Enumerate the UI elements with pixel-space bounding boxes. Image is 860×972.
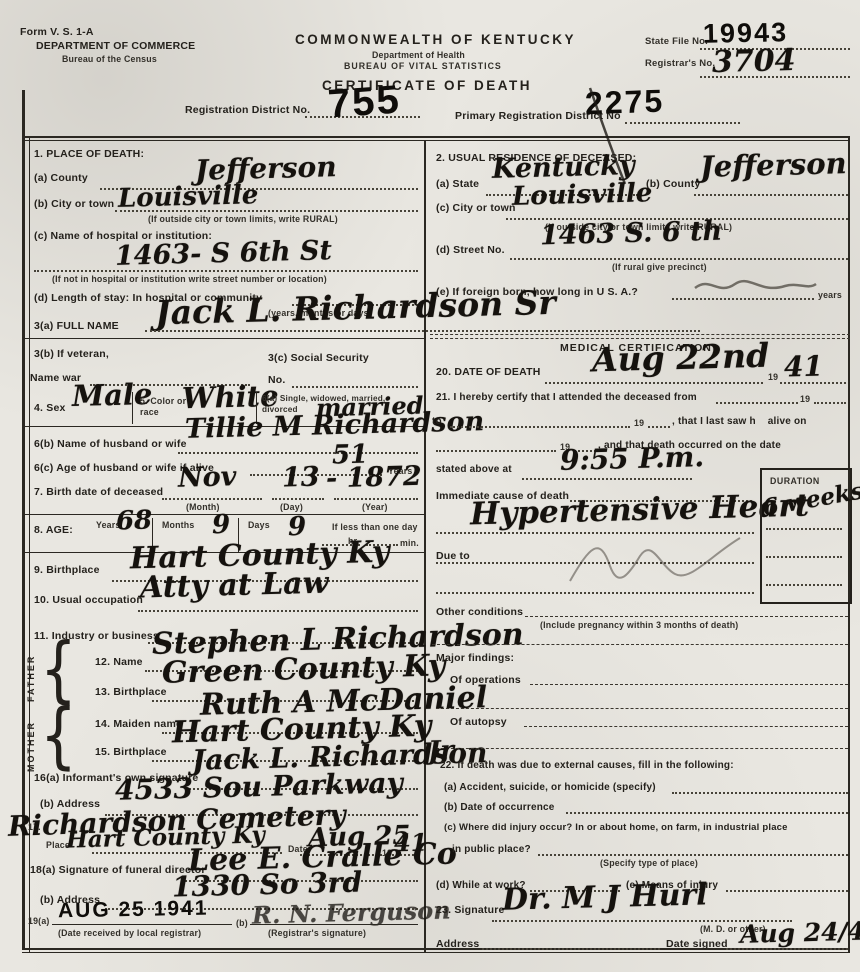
pod-city-label: (b) City or town bbox=[34, 198, 114, 210]
certify-line-3-rule bbox=[436, 450, 556, 452]
mother-brace: { bbox=[40, 699, 77, 772]
registrar-b-label: (b) bbox=[236, 918, 248, 928]
illegible-scribble-icon bbox=[540, 526, 760, 596]
certify-line-1-rule bbox=[716, 402, 798, 404]
birthdate-month-line bbox=[162, 498, 262, 500]
findings-top-rule bbox=[432, 644, 848, 645]
res-county-line bbox=[694, 194, 848, 196]
dod-label: 20. DATE OF DEATH bbox=[436, 366, 541, 378]
external-e-line bbox=[726, 890, 848, 892]
fullname-bottom-rule bbox=[22, 338, 424, 339]
pod-title: 1. PLACE OF DEATH: bbox=[34, 148, 144, 160]
certify-line-1-19: 19 bbox=[800, 394, 810, 404]
med-top-rule bbox=[430, 334, 850, 335]
certify-line-2-19: 19 bbox=[634, 418, 644, 428]
state-file-label: State File No. bbox=[645, 36, 708, 47]
bureau-census: Bureau of the Census bbox=[62, 54, 157, 64]
other-conditions-hint: (Include pregnancy within 3 months of de… bbox=[540, 620, 738, 630]
age-min-label: min. bbox=[400, 538, 419, 548]
occupation-value: Atty at Law bbox=[140, 566, 329, 606]
external-a-label: (a) Accident, suicide, or homicide (spec… bbox=[444, 782, 656, 793]
res-city-value: Louisville bbox=[512, 178, 653, 212]
dod-19: 19 bbox=[768, 372, 778, 382]
external-b-label: (b) Date of occurrence bbox=[444, 802, 555, 813]
autopsy-line bbox=[524, 726, 848, 727]
external-a-line bbox=[672, 792, 848, 794]
father-bp-label: 13. Birthplace bbox=[95, 686, 167, 698]
certify-line-2-rule bbox=[450, 426, 630, 428]
occupation-label: 10. Usual occupation bbox=[34, 594, 143, 606]
age-less-label: If less than one day bbox=[332, 522, 418, 532]
date-signed-value: Aug 24/41 bbox=[740, 916, 860, 949]
physician-addr-label: Address bbox=[436, 938, 479, 950]
age-months-value: 9 bbox=[212, 510, 231, 540]
form-number: Form V. S. 1-A bbox=[20, 26, 94, 38]
physician-sig-value: Dr. M J Hurl bbox=[502, 877, 708, 917]
duration-line-2 bbox=[766, 556, 842, 558]
certify-line-2-to: to bbox=[432, 416, 442, 427]
death-certificate-scan: Form V. S. 1-A DEPARTMENT OF COMMERCE Bu… bbox=[0, 0, 860, 972]
other-conditions-label: Other conditions bbox=[436, 606, 523, 618]
registrar-num: 19(a) bbox=[28, 916, 50, 926]
pod-hospital-line bbox=[34, 270, 418, 272]
certify-line-2-rest: , that I last saw h alive on bbox=[672, 416, 807, 427]
external-title: 22. If death was due to external causes,… bbox=[440, 760, 734, 771]
occupation-line bbox=[138, 610, 418, 612]
age-days-label: Days bbox=[248, 520, 270, 530]
certify-line-4: stated above at bbox=[436, 464, 512, 475]
birthdate-year-hint: (Year) bbox=[362, 502, 388, 512]
operations-label: Of operations bbox=[450, 674, 521, 686]
fullname-label: 3(a) FULL NAME bbox=[34, 320, 119, 332]
fullname-value: Jack L. Richardson Sr bbox=[155, 283, 557, 332]
birthdate-month: Nov bbox=[178, 461, 237, 494]
registrar-sig-hint: (Registrar's signature) bbox=[268, 928, 366, 938]
registrars-no-label: Registrar's No. bbox=[645, 58, 715, 69]
res-foreign-suffix: years bbox=[818, 290, 842, 300]
external-c-line bbox=[538, 854, 848, 856]
external-c-label-2: in public place? bbox=[452, 844, 531, 855]
pod-hospital-value: 1463- S 6th St bbox=[115, 235, 333, 272]
physician-sig-label: 23. Signature bbox=[436, 904, 505, 916]
received-line bbox=[52, 924, 232, 925]
date-signed-label: Date signed bbox=[666, 938, 728, 950]
res-street-value: 1463 S. 6 th bbox=[540, 216, 723, 252]
birthdate-day-line bbox=[272, 498, 324, 500]
duration-label: DURATION bbox=[770, 476, 820, 486]
reg-district-label: Registration District No. bbox=[185, 104, 310, 116]
age-months-label: Months bbox=[162, 520, 194, 530]
row-divider-1 bbox=[132, 392, 133, 424]
spouse-line bbox=[178, 452, 418, 454]
due-to-label: Due to bbox=[436, 550, 470, 562]
res-city-label: (c) City or town bbox=[436, 202, 516, 214]
age-label: 8. AGE: bbox=[34, 524, 73, 536]
external-c-hint: (Specify type of place) bbox=[600, 858, 698, 868]
father-name-label: 12. Name bbox=[95, 656, 143, 668]
external-b-line bbox=[566, 812, 848, 814]
physician-addr-line bbox=[482, 948, 660, 950]
dept-health: Department of Health bbox=[372, 50, 465, 60]
certify-line-2-rule-2 bbox=[648, 426, 670, 428]
mother-bp-label: 15. Birthplace bbox=[95, 746, 167, 758]
registrar-sig-line bbox=[250, 924, 418, 925]
mother-name-label: 14. Maiden name bbox=[95, 718, 182, 730]
autopsy-label: Of autopsy bbox=[450, 716, 507, 728]
bureau-vital: BUREAU OF VITAL STATISTICS bbox=[344, 61, 502, 71]
registrars-no-value: 3704 bbox=[712, 43, 796, 80]
date-signed-line bbox=[726, 948, 848, 950]
received-date-stamp: AUG 25 1941 bbox=[58, 897, 209, 924]
ssn-line bbox=[292, 386, 418, 388]
dod-line bbox=[545, 382, 763, 384]
certify-line-1: 21. I hereby certify that I attended the… bbox=[436, 392, 697, 403]
mother-side-label: MOTHER bbox=[26, 721, 36, 772]
registrars-no-line bbox=[700, 76, 850, 78]
birthdate-label: 7. Birth date of deceased bbox=[34, 486, 163, 498]
father-side-label: FATHER bbox=[26, 655, 36, 702]
external-c-label-1: (c) Where did injury occur? In or about … bbox=[444, 822, 788, 833]
dod-yy: 41 bbox=[784, 349, 824, 383]
duration-line-1 bbox=[766, 528, 842, 530]
illegible-scribble-icon bbox=[690, 266, 820, 300]
operations-line bbox=[530, 684, 848, 685]
race-label-2: race bbox=[140, 407, 159, 417]
top-rule-2 bbox=[22, 140, 850, 141]
birthplace-label: 9. Birthplace bbox=[34, 564, 100, 576]
autopsy-line-2 bbox=[436, 748, 848, 749]
other-conditions-line bbox=[525, 616, 848, 617]
findings-label: Major findings: bbox=[436, 652, 514, 664]
certify-line-1-rule-2 bbox=[814, 402, 846, 404]
pod-hospital-hint: (If not in hospital or institution write… bbox=[52, 274, 327, 284]
res-county-label: (b) County bbox=[646, 178, 701, 190]
pod-city-line bbox=[115, 210, 418, 212]
age-years-value: 68 bbox=[116, 506, 153, 537]
pod-city-hint: (If outside city or town limits, write R… bbox=[148, 214, 338, 224]
ssn-label: 3(c) Social Security bbox=[268, 352, 369, 364]
top-rule bbox=[22, 136, 850, 138]
received-hint: (Date received by local registrar) bbox=[58, 928, 201, 938]
birthdate-day: 13 bbox=[282, 462, 320, 494]
operations-line-2 bbox=[436, 708, 848, 709]
birthdate-year: - 1872 bbox=[326, 461, 423, 494]
veteran-label: 3(b) If veteran, bbox=[34, 348, 109, 360]
res-street-line bbox=[510, 258, 848, 260]
birthdate-day-hint: (Day) bbox=[280, 502, 303, 512]
res-county-value: Jefferson bbox=[700, 146, 847, 184]
death-time-line bbox=[522, 478, 692, 480]
fullname-line bbox=[145, 330, 700, 332]
sex-label: 4. Sex bbox=[34, 402, 66, 414]
pod-county-label: (a) County bbox=[34, 172, 88, 184]
bottom-rule-2 bbox=[22, 952, 850, 953]
birthdate-year-line bbox=[334, 498, 418, 500]
commonwealth-title: COMMONWEALTH OF KENTUCKY bbox=[295, 32, 576, 47]
dod-yy-line bbox=[780, 382, 846, 384]
res-state-label: (a) State bbox=[436, 178, 479, 190]
dept-commerce: DEPARTMENT OF COMMERCE bbox=[36, 40, 195, 52]
dod-value: Aug 22nd bbox=[592, 336, 770, 380]
res-street-label: (d) Street No. bbox=[436, 244, 505, 256]
death-time-value: 9:55 P.m. bbox=[560, 440, 705, 477]
spouse-label: 6(b) Name of husband or wife bbox=[34, 438, 187, 450]
duration-line-3 bbox=[766, 584, 842, 586]
pod-city-value: Louisville bbox=[118, 180, 259, 214]
reg-district-number: 755 bbox=[327, 78, 403, 128]
race-label-1: 5. Color or bbox=[140, 396, 186, 406]
